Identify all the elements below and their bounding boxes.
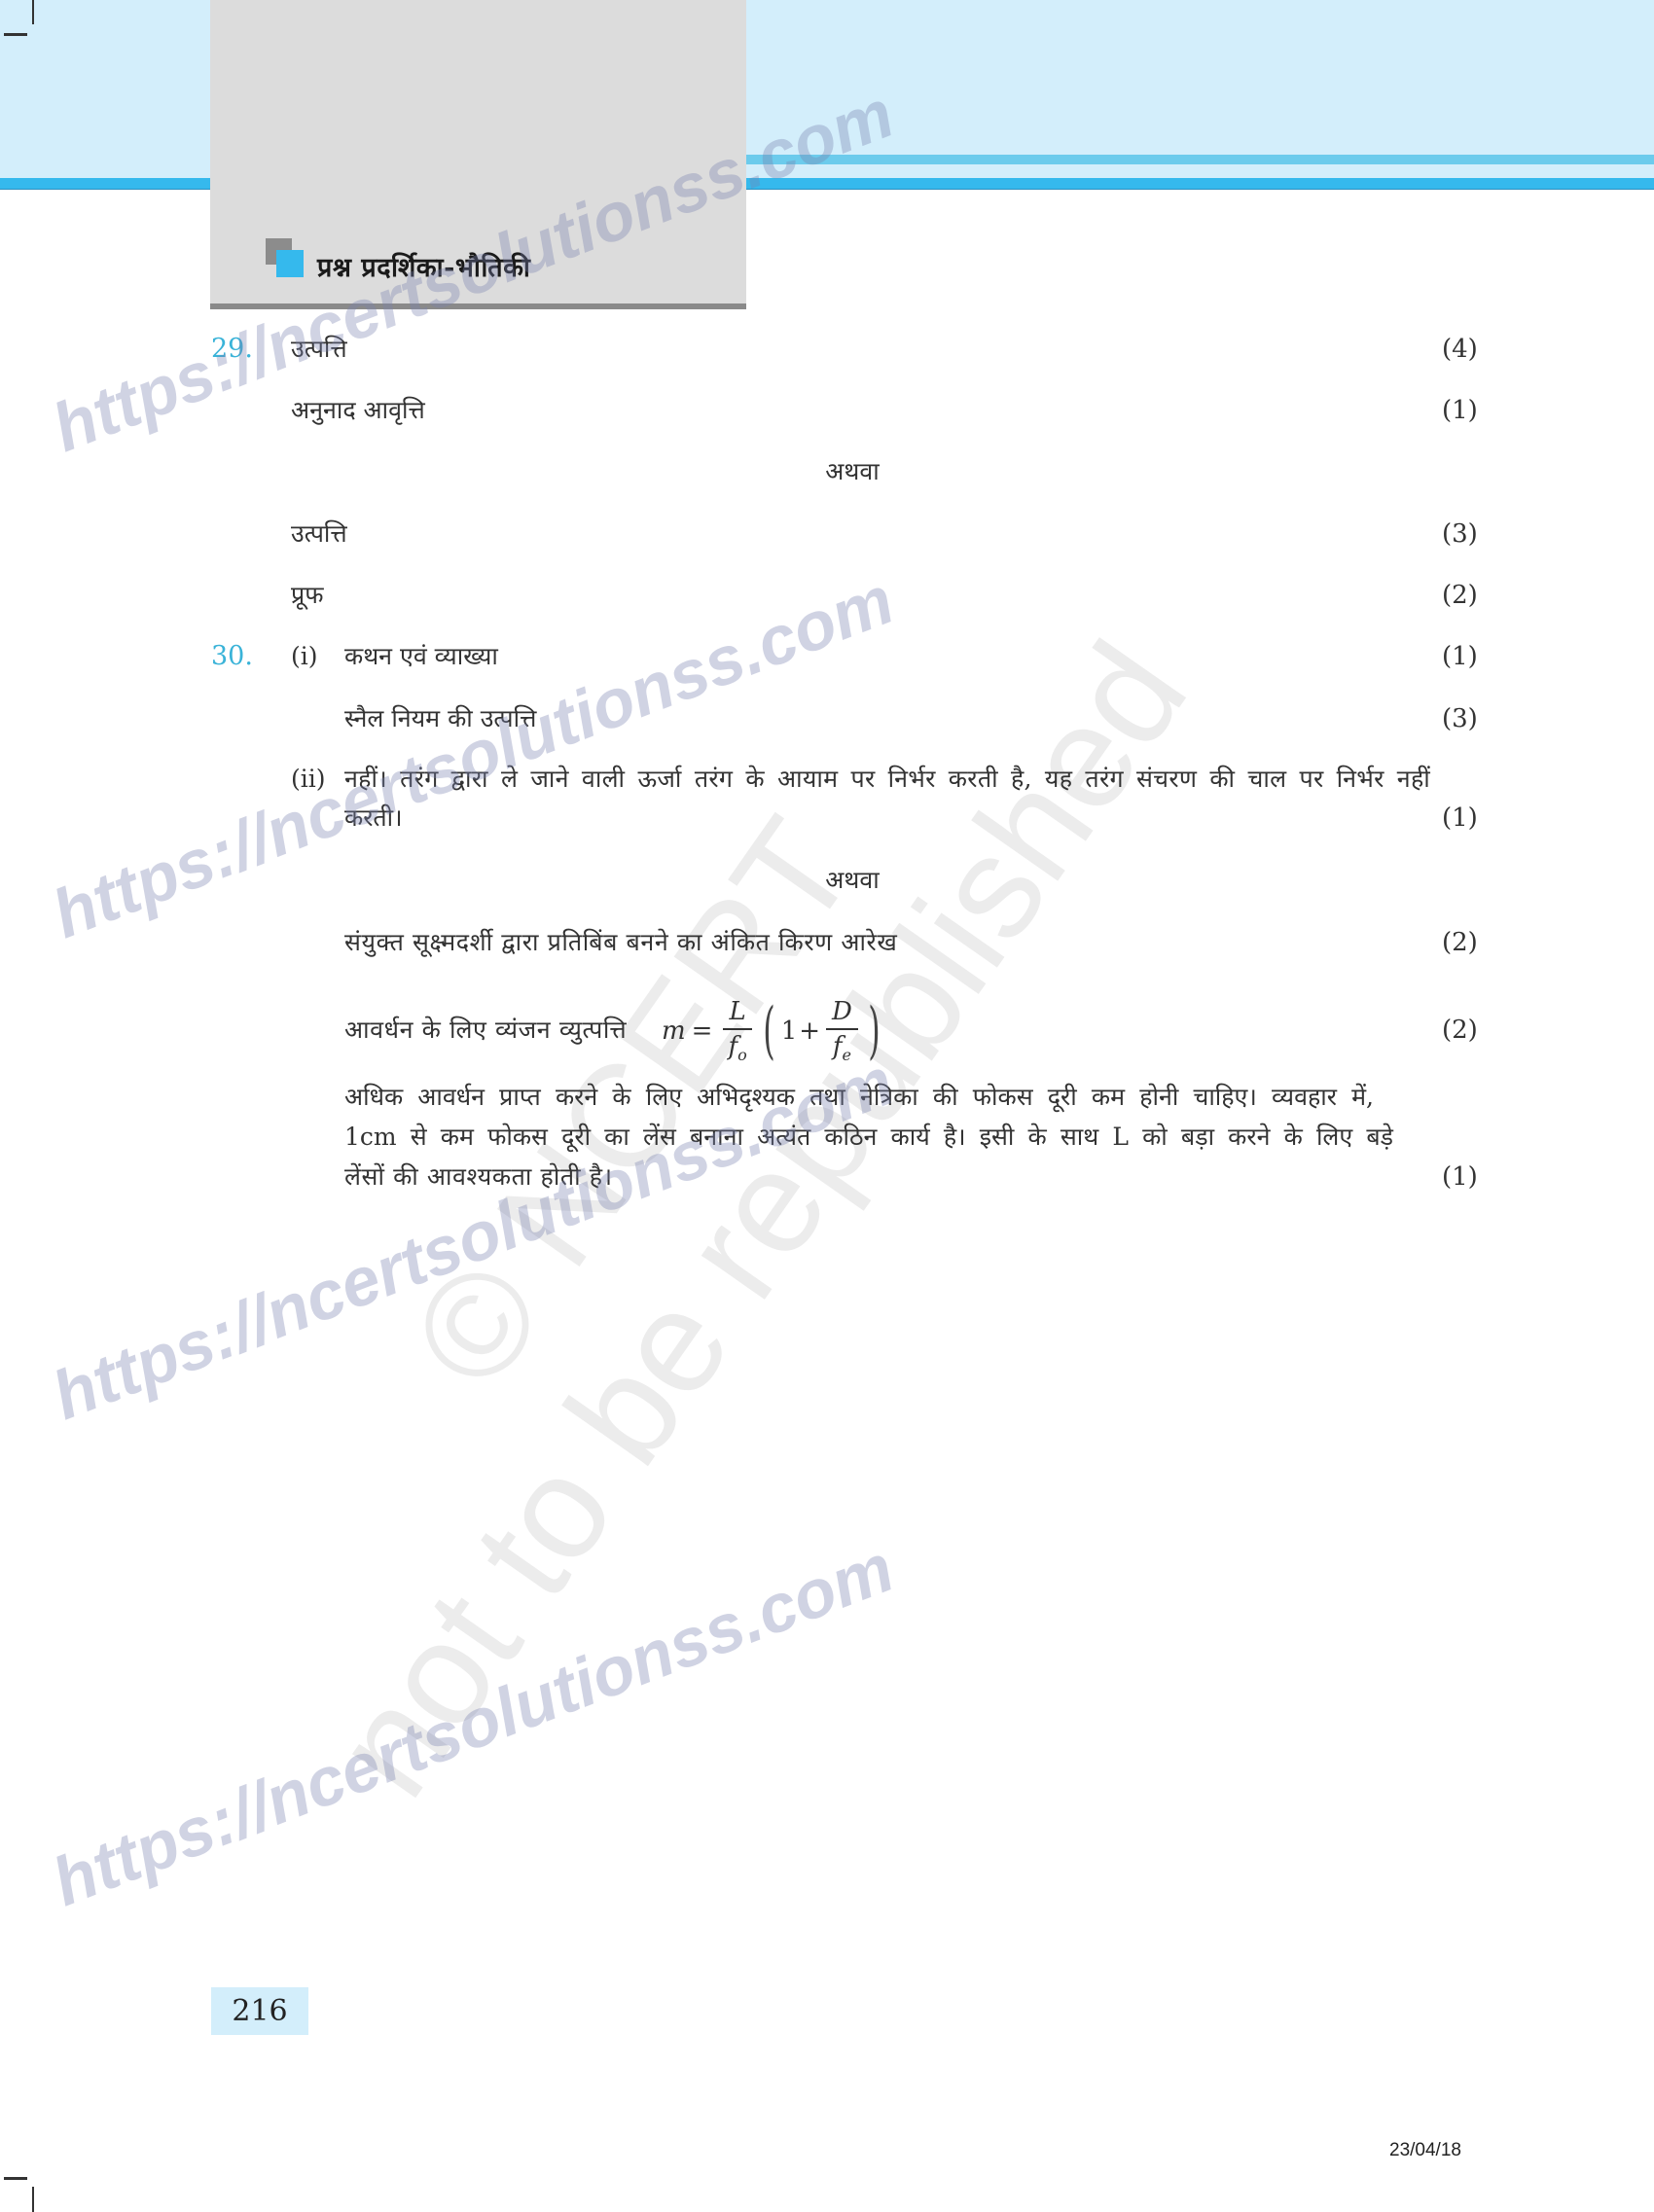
q30-i-snell-law-marks: (3) (1442, 704, 1478, 733)
running-header-title: प्रश्न प्रदर्शिका-भौतिकी (317, 248, 530, 284)
q30-part-i-label: (i) (291, 642, 318, 671)
formula-plus: + (799, 1017, 820, 1046)
q30-alt-ray-diagram: संयुक्त सूक्ष्मदर्शी द्वारा प्रतिबिंब बन… (344, 928, 897, 957)
question-number-29: 29. (211, 335, 253, 364)
formula-l: L (723, 997, 751, 1030)
q30-paragraph-line3: लेंसों की आवश्यकता होती है। (344, 1162, 613, 1192)
page-number: 216 (211, 1987, 308, 2035)
q30-paragraph-line2: 1cm से कम फोकस दूरी का लेंस बनाना अत्यंत… (344, 1123, 1393, 1152)
print-date: 23/04/18 (1389, 2140, 1461, 2161)
formula-left-paren: ( (763, 1000, 774, 1062)
q30-ii-answer-line1: नहीं। तरंग द्वारा ले जाने वाली ऊर्जा तरं… (344, 765, 1430, 794)
formula-one: 1 (781, 1017, 798, 1046)
header-title-box-border (210, 303, 746, 309)
q29-alt-derivation: उत्पत्ति (291, 519, 347, 549)
q30-part-ii-label: (ii) (291, 765, 326, 794)
crop-mark-top-horizontal (4, 33, 27, 36)
site-watermark-4: https://ncertsolutionss.com (42, 1528, 904, 1921)
q30-alt-magnification-marks: (2) (1442, 1016, 1478, 1045)
q29-item-resonant-frequency-marks: (1) (1442, 396, 1478, 425)
q30-ii-marks: (1) (1442, 803, 1478, 833)
formula-fo: fo (722, 1030, 752, 1064)
formula-fe: fe (827, 1030, 857, 1064)
question-number-30: 30. (211, 642, 253, 671)
q30-alt-ray-diagram-marks: (2) (1442, 928, 1478, 957)
formula-fraction-d-over-fe: D fe (826, 997, 858, 1064)
q29-item-derivation-marks: (4) (1442, 335, 1478, 364)
q30-ii-answer-line2: करती। (344, 803, 403, 833)
crop-mark-bottom-horizontal (4, 2177, 27, 2180)
q29-or-label: अथवा (804, 457, 901, 486)
formula-fraction-l-over-fo: L fo (722, 997, 752, 1064)
q29-item-derivation: उत्पत्ति (291, 335, 347, 364)
header-square-blue-icon (276, 250, 304, 277)
q30-alt-magnification: आवर्धन के लिए व्यंजन व्युत्पत्ति (344, 1016, 627, 1045)
q29-alt-proof-marks: (2) (1442, 581, 1478, 610)
formula-d: D (826, 997, 858, 1030)
formula-right-paren: ) (868, 1000, 880, 1062)
q30-i-statement: कथन एवं व्याख्या (344, 642, 498, 671)
header-thin-band (746, 155, 1654, 164)
crop-mark-top-vertical (32, 0, 34, 24)
q30-or-label: अथवा (804, 866, 901, 895)
q30-i-snell-law: स्नैल नियम की उत्पत्ति (344, 704, 536, 733)
q30-i-statement-marks: (1) (1442, 642, 1478, 671)
q30-paragraph-marks: (1) (1442, 1162, 1478, 1192)
q30-paragraph-line1: अधिक आवर्धन प्राप्त करने के लिए अभिदृश्य… (344, 1083, 1374, 1112)
site-watermark-2: https://ncertsolutionss.com (42, 560, 904, 953)
ncert-watermark-line2: not to be republished (308, 619, 1209, 1819)
q29-alt-derivation-marks: (3) (1442, 519, 1478, 549)
q29-item-resonant-frequency: अनुनाद आवृत्ति (291, 396, 425, 425)
crop-mark-bottom-vertical (32, 2187, 34, 2212)
magnification-formula: m = L fo ( 1 + D fe ) (662, 992, 886, 1070)
formula-equals: = (692, 1017, 713, 1046)
q29-alt-proof: प्रूफ (291, 581, 324, 610)
formula-m: m (662, 1017, 686, 1046)
